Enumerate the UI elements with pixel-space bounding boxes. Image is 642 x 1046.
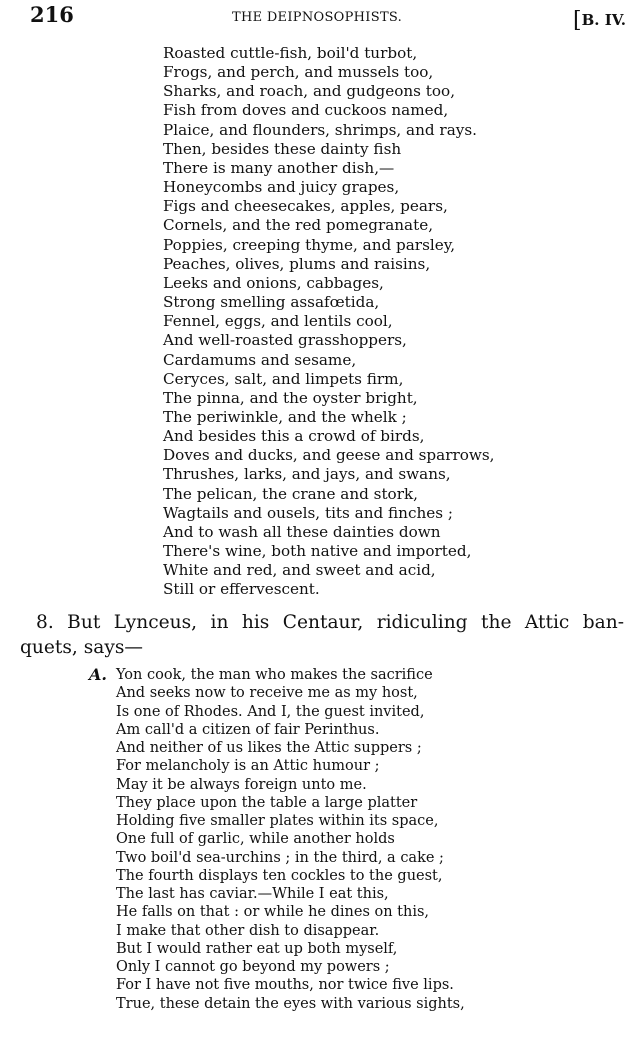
verse-line: Roasted cuttle-fish, boil'd turbot, [163,44,495,63]
verse-line: And besides this a crowd of birds, [163,427,495,446]
verse-line: Strong smelling assafœtida, [163,293,495,312]
verse-line: Cornels, and the red pomegranate, [163,216,495,235]
verse-line: The periwinkle, and the whelk ; [163,408,495,427]
verse-line: Sharks, and roach, and gudgeons too, [163,82,495,101]
verse-line: Frogs, and perch, and mussels too, [163,63,495,82]
speaker-label: A. [89,666,107,684]
verse-line: I make that other dish to disappear. [116,922,465,940]
verse-line: The fourth displays ten cockles to the g… [116,867,465,885]
verse-line: And to wash all these dainties down [163,523,495,542]
verse-line: White and red, and sweet and acid, [163,561,495,580]
verse-line: Fish from doves and cuckoos named, [163,101,495,120]
verse-line: Fennel, eggs, and lentils cool, [163,312,495,331]
paragraph-lynceus: 8. But Lynceus, in his Centaur, ridiculi… [20,610,624,660]
verse-line: One full of garlic, while another holds [116,830,465,848]
verse-line: The pinna, and the oyster bright, [163,389,495,408]
verse-line: Peaches, olives, plums and raisins, [163,255,495,274]
verse-line: Honeycombs and juicy grapes, [163,178,495,197]
book-reference: [B. IV. [573,6,626,31]
poem-centaur-quote: A. Yon cook, the man who makes the sacri… [116,666,465,1013]
verse-line: Then, besides these dainty fish [163,140,495,159]
verse-line: The last has caviar.—While I eat this, [116,885,465,903]
verse-line: Only I cannot go beyond my powers ; [116,958,465,976]
verse-line: Am call'd a citizen of fair Perinthus. [116,721,465,739]
verse-line: And seeks now to receive me as my host, [116,684,465,702]
verse-line: And neither of us likes the Attic supper… [116,739,465,757]
verse-line: Doves and ducks, and geese and sparrows, [163,446,495,465]
verse-line: Two boil'd sea-urchins ; in the third, a… [116,849,465,867]
verse-line: He falls on that : or while he dines on … [116,903,465,921]
verse-line: They place upon the table a large platte… [116,794,465,812]
running-title: THE DEIPNOSOPHISTS. [232,10,402,25]
verse-line: There is many another dish,— [163,159,495,178]
verse-line: Leeks and onions, cabbages, [163,274,495,293]
verse-line: For melancholy is an Attic humour ; [116,757,465,775]
verse-line: Plaice, and flounders, shrimps, and rays… [163,121,495,140]
verse-line: Thrushes, larks, and jays, and swans, [163,465,495,484]
verse-line: Wagtails and ousels, tits and finches ; [163,504,495,523]
verse-line: Holding five smaller plates within its s… [116,812,465,830]
book-ref-bracket: [ [573,8,582,33]
book-ref-label: B. IV. [582,11,626,29]
verse-line: Is one of Rhodes. And I, the guest invit… [116,703,465,721]
verse-line: Cardamums and sesame, [163,351,495,370]
verse-line: The pelican, the crane and stork, [163,485,495,504]
paragraph-line-1: 8. But Lynceus, in his Centaur, ridiculi… [20,610,624,635]
verse-line: Ceryces, salt, and limpets firm, [163,370,495,389]
poem-list-of-foods: Roasted cuttle-fish, boil'd turbot,Frogs… [163,44,495,600]
verse-line: And well-roasted grasshoppers, [163,331,495,350]
verse-line: There's wine, both native and imported, [163,542,495,561]
verse-line: May it be always foreign unto me. [116,776,465,794]
verse-line: True, these detain the eyes with various… [116,995,465,1013]
verse-line: For I have not five mouths, nor twice fi… [116,976,465,994]
page-number: 216 [30,2,74,27]
verse-line: Yon cook, the man who makes the sacrific… [116,666,465,684]
paragraph-line-2: quets, says— [20,635,624,660]
verse-line: Figs and cheesecakes, apples, pears, [163,197,495,216]
verse-line: Still or effervescent. [163,580,495,599]
verse-line: But I would rather eat up both myself, [116,940,465,958]
verse-line: Poppies, creeping thyme, and parsley, [163,236,495,255]
